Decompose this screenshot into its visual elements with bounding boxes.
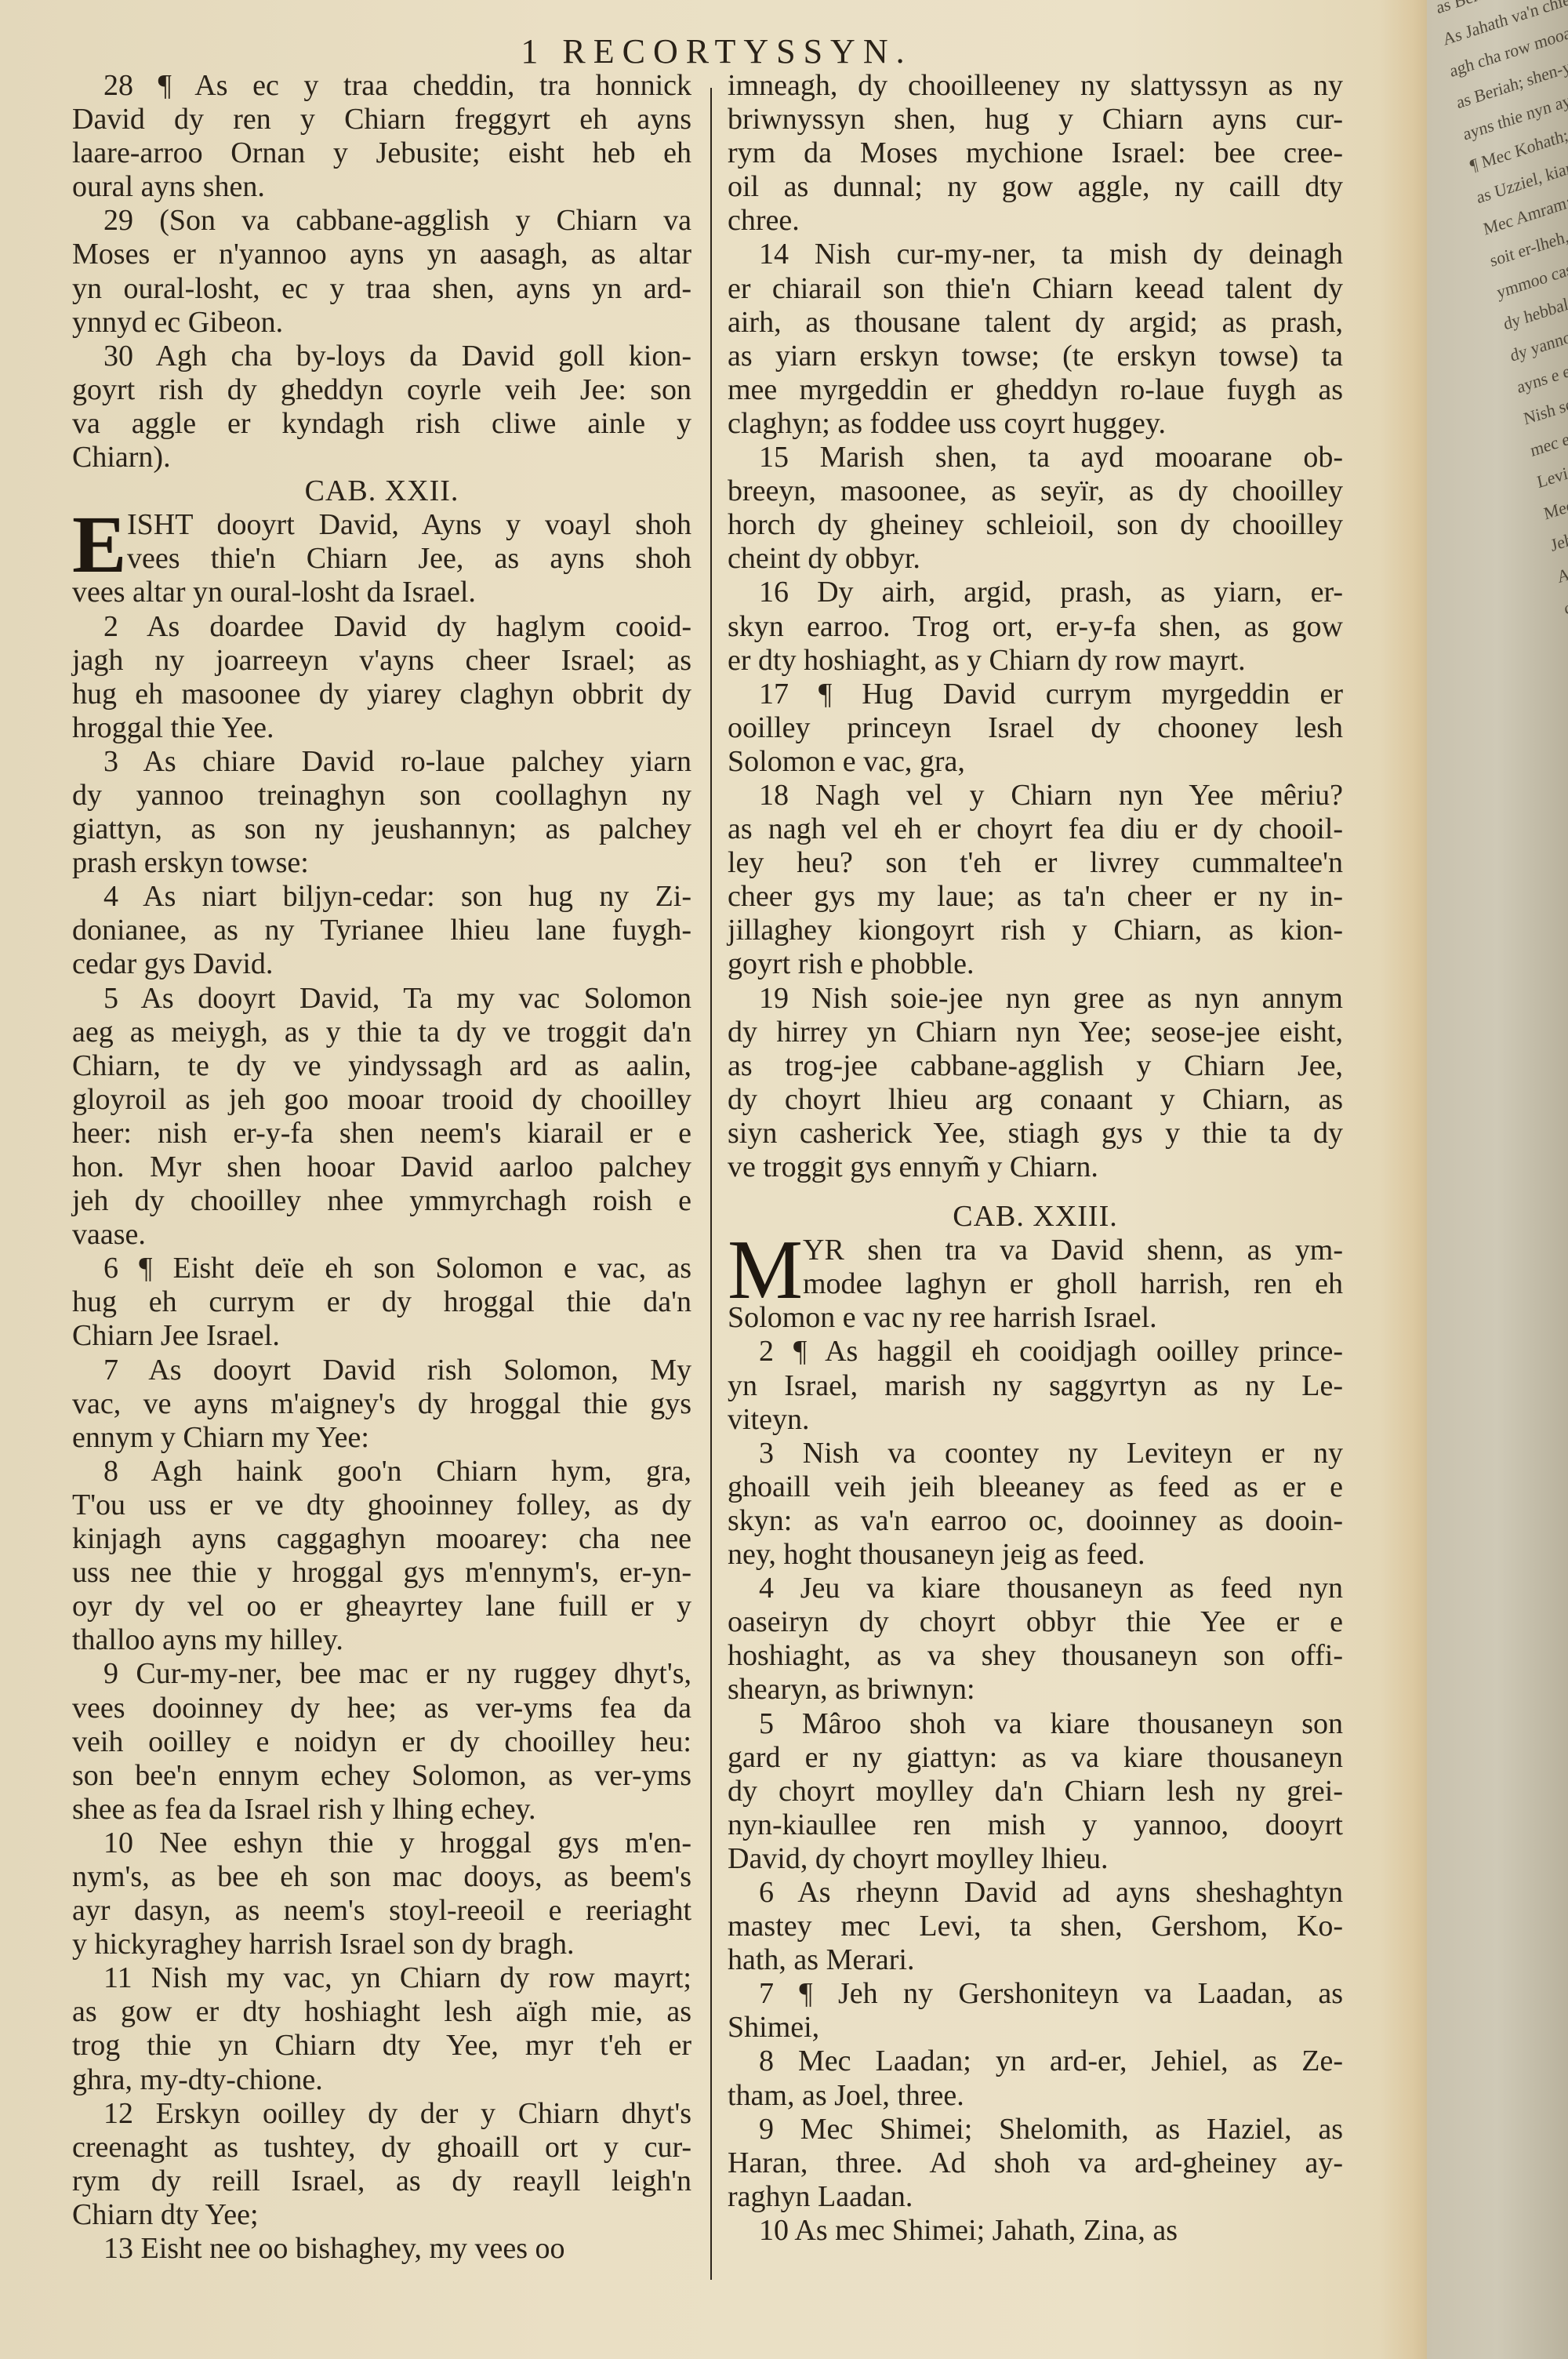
- text-line: hroggal thie Yee.: [72, 711, 691, 745]
- text-line: son bee'n ennym echey Solomon, as ver-ym…: [72, 1759, 691, 1793]
- verse-start-line: 30 Agh cha by-loys da David goll kion-: [72, 340, 691, 373]
- text-line: tham, as Joel, three.: [728, 2079, 1343, 2113]
- text-line: Chiarn dty Yee;: [72, 2198, 691, 2232]
- verse-start-line: 11 Nish my vac, yn Chiarn dy row mayrt;: [72, 1961, 691, 1995]
- text-line: claghyn; as foddee uss coyrt huggey.: [728, 407, 1343, 441]
- text-line: vac, ve ayns m'aigney's dy hroggal thie …: [72, 1387, 691, 1421]
- verse-start-line: 9 Cur-my-ner, bee mac er ny ruggey dhyt'…: [72, 1657, 691, 1691]
- text-line: yn oural-losht, ec y traa shen, ayns yn …: [72, 272, 691, 306]
- text-line: heer: nish er-y-fa shen neem's kiarail e…: [72, 1117, 691, 1150]
- text-line: kinjagh ayns caggaghyn mooarey: cha nee: [72, 1522, 691, 1556]
- verse-start-line: 9 Mec Shimei; Shelomith, as Haziel, as: [728, 2113, 1343, 2146]
- text-line: aeg as meiygh, as y thie ta dy ve troggi…: [72, 1016, 691, 1049]
- text-line: Moses er n'yannoo ayns yn aasagh, as alt…: [72, 238, 691, 271]
- text-line: Chiarn, te dy ve yindyssagh ard as aalin…: [72, 1049, 691, 1083]
- text-line: y hickyraghey harrish Israel son dy brag…: [72, 1928, 691, 1961]
- text-line: uss nee thie y hroggal gys m'ennym's, er…: [72, 1556, 691, 1590]
- chapter-spacer: [728, 1184, 1343, 1200]
- text-line: nym's, as bee eh son mac dooys, as beem'…: [72, 1860, 691, 1894]
- text-line: oaseiryn dy choyrt obbyr thie Yee er e: [728, 1605, 1343, 1639]
- text-line: mastey mec Levi, ta shen, Gershom, Ko-: [728, 1910, 1343, 1943]
- text-line: as nagh vel eh er choyrt fea diu er dy c…: [728, 812, 1343, 846]
- verse-start-line: 3 Nish va coontey ny Leviteyn er ny: [728, 1437, 1343, 1470]
- chapter-heading: CAB. XXIII.: [728, 1200, 1343, 1234]
- text-line: skyn earroo. Trog ort, er-y-fa shen, as …: [728, 610, 1343, 644]
- text-line: imneagh, dy chooilleeney ny slattyssyn a…: [728, 69, 1343, 103]
- running-head-text: 1 RECORTYSSYN.: [521, 31, 912, 71]
- text-line: raghyn Laadan.: [728, 2180, 1343, 2214]
- chapter-heading: CAB. XXII.: [72, 474, 691, 508]
- drop-cap-paragraph: MYR shen tra va David shenn, as ym-modee…: [728, 1234, 1343, 1301]
- text-line: vees altar yn oural-losht da Israel.: [72, 576, 691, 609]
- text-line: prash erskyn towse:: [72, 846, 691, 880]
- text-line: as yiarn erskyn towse; (te erskyn towse)…: [728, 340, 1343, 373]
- facing-page-text: as Beriah.As Jahath va'n chied-er, as Zi…: [1433, 0, 1568, 1953]
- text-line: breeyn, masoonee, as seyïr, as dy chooil…: [728, 474, 1343, 508]
- verse-start-line: 15 Marish shen, ta ayd mooarane ob-: [728, 441, 1343, 474]
- verse-start-line: 19 Nish soie-jee nyn gree as nyn annym: [728, 982, 1343, 1016]
- text-line: jagh ny joarreeyn v'ayns cheer Israel; a…: [72, 644, 691, 678]
- verse-start-line: 2 As doardee David dy haglym cooid-: [72, 610, 691, 644]
- verse-start-line: 6 As rheynn David ad ayns sheshaghtyn: [728, 1876, 1343, 1910]
- text-line: rym da Moses mychione Israel: bee cree-: [728, 136, 1343, 170]
- text-line: Haran, three. Ad shoh va ard-gheiney ay-: [728, 2146, 1343, 2180]
- text-line: laare-arroo Ornan y Jebusite; eisht heb …: [72, 136, 691, 170]
- verse-start-line: 16 Dy airh, argid, prash, as yiarn, er-: [728, 576, 1343, 609]
- verse-start-line: 4 As niart biljyn-cedar: son hug ny Zi-: [72, 880, 691, 914]
- text-line: nyn-kiaullee ren mish y yannoo, dooyrt: [728, 1808, 1343, 1842]
- text-line: trog thie yn Chiarn dty Yee, myr t'eh er: [72, 2029, 691, 2063]
- text-line: hug eh currym er dy hroggal thie da'n: [72, 1285, 691, 1319]
- text-line: as gow er dty hoshiaght lesh aïgh mie, a…: [72, 1995, 691, 2029]
- text-line: Chiarn Jee Israel.: [72, 1319, 691, 1353]
- drop-cap-letter: M: [728, 1237, 801, 1304]
- text-line: creenaght as tushtey, dy ghoaill ort y c…: [72, 2131, 691, 2165]
- text-line: skyn: as va'n earroo oc, dooinney as doo…: [728, 1504, 1343, 1538]
- text-line: thalloo ayns my hilley.: [72, 1623, 691, 1657]
- text-line: ney, hoght thousaneyn jeig as feed.: [728, 1538, 1343, 1572]
- text-line: ynnyd ec Gibeon.: [72, 306, 691, 340]
- text-line: cheer gys my laue; as ta'n cheer er ny i…: [728, 880, 1343, 914]
- text-line: mee myrgeddin er gheddyn ro-laue fuygh a…: [728, 373, 1343, 407]
- verse-start-line: 17 ¶ Hug David currym myrgeddin er: [728, 678, 1343, 711]
- text-line: as trog-jee cabbane-agglish y Chiarn Jee…: [728, 1049, 1343, 1083]
- text-line: hug eh masoonee dy yiarey claghyn obbrit…: [72, 678, 691, 711]
- text-line: gard er ny giattyn: as va kiare thousane…: [728, 1741, 1343, 1775]
- left-column: 28 ¶ As ec y traa cheddin, tra honnickDa…: [72, 69, 691, 2266]
- text-line: ley heu? son t'eh er livrey cummaltee'n: [728, 846, 1343, 880]
- text-line: goyrt rish e phobble.: [728, 947, 1343, 981]
- text-line: T'ou uss er ve dty ghooinney folley, as …: [72, 1488, 691, 1522]
- text-line: modee laghyn er gholl harrish, ren eh: [728, 1267, 1343, 1301]
- text-line: dy choyrt moylley da'n Chiarn lesh ny gr…: [728, 1775, 1343, 1808]
- text-line: ve troggit gys ennym̃ y Chiarn.: [728, 1150, 1343, 1184]
- text-line: oyr dy vel oo er gheayrtey lane fuill er…: [72, 1590, 691, 1623]
- text-line: hath, as Merari.: [728, 1943, 1343, 1977]
- text-line: vaase.: [72, 1218, 691, 1252]
- verse-start-line: 14 Nish cur-my-ner, ta mish dy deinagh: [728, 238, 1343, 271]
- text-line: oil as dunnal; ny gow aggle, ny caill dt…: [728, 170, 1343, 204]
- running-head: 1 RECORTYSSYN.: [0, 31, 1411, 71]
- verse-start-line: 18 Nagh vel y Chiarn nyn Yee mêriu?: [728, 779, 1343, 812]
- text-line: donianee, as ny Tyrianee lhieu lane fuyg…: [72, 914, 691, 947]
- verse-start-line: 5 As dooyrt David, Ta my vac Solomon: [72, 982, 691, 1016]
- text-line: cedar gys David.: [72, 947, 691, 981]
- drop-cap-letter: E: [72, 511, 126, 579]
- text-line: siyn casherick Yee, stiagh gys y thie ta…: [728, 1117, 1343, 1150]
- verse-start-line: 10 As mec Shimei; Jahath, Zina, as: [728, 2214, 1343, 2248]
- text-line: ayr dasyn, as neem's stoyl-reeoil e reer…: [72, 1894, 691, 1928]
- text-line: Chiarn).: [72, 441, 691, 474]
- text-line: Shimei,: [728, 2011, 1343, 2045]
- text-line: er chiarail son thie'n Chiarn keead tale…: [728, 272, 1343, 306]
- text-line: yn Israel, marish ny saggyrtyn as ny Le-: [728, 1369, 1343, 1403]
- text-line: goyrt rish dy gheddyn coyrle veih Jee: s…: [72, 373, 691, 407]
- text-line: YR shen tra va David shenn, as ym-: [728, 1234, 1343, 1267]
- text-line: er dty hoshiaght, as y Chiarn dy row may…: [728, 644, 1343, 678]
- text-line: viteyn.: [728, 1403, 1343, 1437]
- text-line: dy yannoo treinaghyn son coollaghyn ny: [72, 779, 691, 812]
- text-line: rym dy reill Israel, as dy reayll leigh'…: [72, 2165, 691, 2198]
- verse-start-line: 4 Jeu va kiare thousaneyn as feed nyn: [728, 1572, 1343, 1605]
- text-line: giattyn, as son ny jeushannyn; as palche…: [72, 812, 691, 846]
- text-line: shearyn, as briwnyn:: [728, 1673, 1343, 1707]
- text-line: Solomon e vac ny ree harrish Israel.: [728, 1301, 1343, 1335]
- text-line: David dy ren y Chiarn freggyrt eh ayns: [72, 103, 691, 136]
- right-column: imneagh, dy chooilleeney ny slattyssyn a…: [728, 69, 1343, 2248]
- text-line: vees thie'n Chiarn Jee, as ayns shoh: [72, 542, 691, 576]
- verse-start-line: 10 Nee eshyn thie y hroggal gys m'en-: [72, 1826, 691, 1860]
- text-line: ghra, my-dty-chione.: [72, 2063, 691, 2097]
- text-line: David, dy choyrt moylley lhieu.: [728, 1842, 1343, 1876]
- text-line: dy choyrt lhieu arg conaant y Chiarn, as: [728, 1083, 1343, 1117]
- verse-start-line: 8 Agh haink goo'n Chiarn hym, gra,: [72, 1455, 691, 1488]
- text-line: cheint dy obbyr.: [728, 542, 1343, 576]
- text-line: dy hirrey yn Chiarn nyn Yee; seose-jee e…: [728, 1016, 1343, 1049]
- text-line: va aggle er kyndagh rish cliwe ainle y: [72, 407, 691, 441]
- verse-start-line: 2 ¶ As haggil eh cooidjagh ooilley princ…: [728, 1335, 1343, 1369]
- text-line: shee as fea da Israel rish y lhing echey…: [72, 1793, 691, 1826]
- book-page: 1 RECORTYSSYN. 28 ¶ As ec y traa cheddin…: [0, 0, 1411, 2359]
- verse-start-line: 7 As dooyrt David rish Solomon, My: [72, 1354, 691, 1387]
- column-divider: [710, 88, 712, 2280]
- text-line: veih ooilley e noidyn er dy chooilley he…: [72, 1725, 691, 1759]
- text-line: Solomon e vac, gra,: [728, 745, 1343, 779]
- facing-page-edge: as Beriah.As Jahath va'n chied-er, as Zi…: [1427, 0, 1568, 2359]
- verse-start-line: 6 ¶ Eisht deïe eh son Solomon e vac, as: [72, 1252, 691, 1285]
- text-line: horch dy gheiney schleioil, son dy chooi…: [728, 508, 1343, 542]
- text-line: hoshiaght, as va shey thousaneyn son off…: [728, 1639, 1343, 1673]
- text-line: oural ayns shen.: [72, 170, 691, 204]
- text-line: ghoaill veih jeih bleeaney as feed as er…: [728, 1470, 1343, 1504]
- text-line: jeh dy chooilley nhee ymmyrchagh roish e: [72, 1184, 691, 1218]
- verse-start-line: 13 Eisht nee oo bishaghey, my vees oo: [72, 2232, 691, 2266]
- verse-start-line: 5 Mâroo shoh va kiare thousaneyn son: [728, 1707, 1343, 1741]
- text-line: jillaghey kiongoyrt rish y Chiarn, as ki…: [728, 914, 1343, 947]
- verse-start-line: 3 As chiare David ro-laue palchey yiarn: [72, 745, 691, 779]
- drop-cap-paragraph: EISHT dooyrt David, Ayns y voayl shohvee…: [72, 508, 691, 576]
- text-line: ooilley princeyn Israel dy chooney lesh: [728, 711, 1343, 745]
- text-line: airh, as thousane talent dy argid; as pr…: [728, 306, 1343, 340]
- verse-start-line: 28 ¶ As ec y traa cheddin, tra honnick: [72, 69, 691, 103]
- text-line: briwnyssyn shen, hug y Chiarn ayns cur-: [728, 103, 1343, 136]
- text-line: ennym y Chiarn my Yee:: [72, 1421, 691, 1455]
- text-line: vees dooinney dy hee; as ver-yms fea da: [72, 1692, 691, 1725]
- text-line: hon. Myr shen hooar David aarloo palchey: [72, 1150, 691, 1184]
- text-line: ISHT dooyrt David, Ayns y voayl shoh: [72, 508, 691, 542]
- verse-start-line: 12 Erskyn ooilley dy der y Chiarn dhyt's: [72, 2097, 691, 2131]
- verse-start-line: 8 Mec Laadan; yn ard-er, Jehiel, as Ze-: [728, 2045, 1343, 2078]
- text-line: gloyroil as jeh goo mooar trooid dy choo…: [72, 1083, 691, 1117]
- text-line: chree.: [728, 204, 1343, 238]
- verse-start-line: 7 ¶ Jeh ny Gershoniteyn va Laadan, as: [728, 1977, 1343, 2011]
- verse-start-line: 29 (Son va cabbane-agglish y Chiarn va: [72, 204, 691, 238]
